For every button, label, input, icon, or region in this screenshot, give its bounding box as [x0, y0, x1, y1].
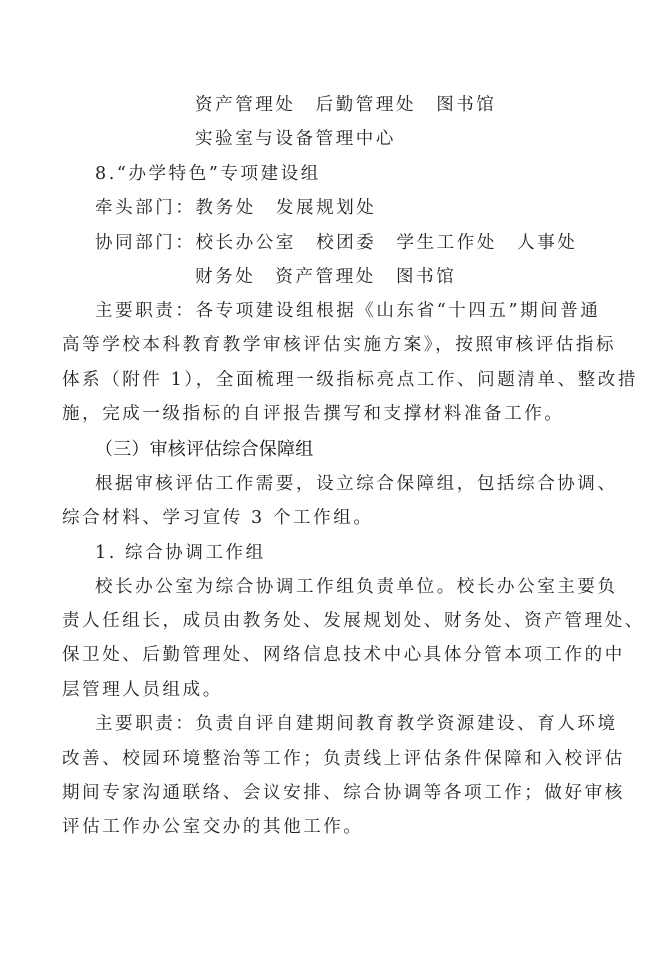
duties-paragraph-line: 主要职责：各专项建设组根据《山东省“十四五”期间普通 [95, 294, 601, 328]
dept-list-line: 财务处 资产管理处 图书馆 [195, 260, 456, 294]
dept-list-line: 资产管理处 后勤管理处 图书馆 [195, 88, 497, 122]
duties-paragraph-line: 施，完成一级指标的自评报告撰写和支撑材料准备工作。 [62, 397, 565, 431]
office-paragraph-line: 保卫处、后勤管理处、网络信息技术中心具体分管本项工作的中 [62, 638, 625, 672]
coord-duties-line: 评估工作办公室交办的其他工作。 [62, 810, 364, 844]
office-paragraph-line: 责人任组长，成员由教务处、发展规划处、财务处、资产管理处、 [62, 604, 645, 638]
office-paragraph-line: 校长办公室为综合协调工作组负责单位。校长办公室主要负 [95, 570, 618, 604]
cooperating-departments: 协同部门：校长办公室 校团委 学生工作处 人事处 [95, 226, 577, 260]
group-title-8: 8.“办学特色”专项建设组 [95, 157, 321, 191]
coord-duties-line: 期间专家沟通联络、会议安排、综合协调等各项工作；做好审核 [62, 776, 625, 810]
duties-paragraph-line: 高等学校本科教育教学审核评估实施方案》，按照审核评估指标 [62, 328, 616, 362]
dept-list-line: 实验室与设备管理中心 [195, 122, 396, 156]
office-paragraph-line: 层管理人员组成。 [62, 673, 223, 707]
coord-duties-line: 主要职责：负责自评自建期间教育教学资源建设、育人环境 [95, 707, 618, 741]
duties-paragraph-line: 体系（附件 1），全面梳理一级指标亮点工作、问题清单、整改措 [62, 363, 638, 397]
intro-paragraph-line: 综合材料、学习宣传 3 个工作组。 [62, 501, 373, 535]
lead-departments: 牵头部门：教务处 发展规划处 [95, 191, 376, 225]
coord-duties-line: 改善、校园环境整治等工作；负责线上评估条件保障和入校评估 [62, 742, 625, 776]
intro-paragraph-line: 根据审核评估工作需要，设立综合保障组，包括综合协调、 [95, 467, 618, 501]
document-page: 资产管理处 后勤管理处 图书馆 实验室与设备管理中心 8.“办学特色”专项建设组… [0, 0, 664, 956]
subgroup-title-1: 1. 综合协调工作组 [95, 536, 266, 570]
section-heading: （三）审核评估综合保障组 [95, 433, 313, 467]
